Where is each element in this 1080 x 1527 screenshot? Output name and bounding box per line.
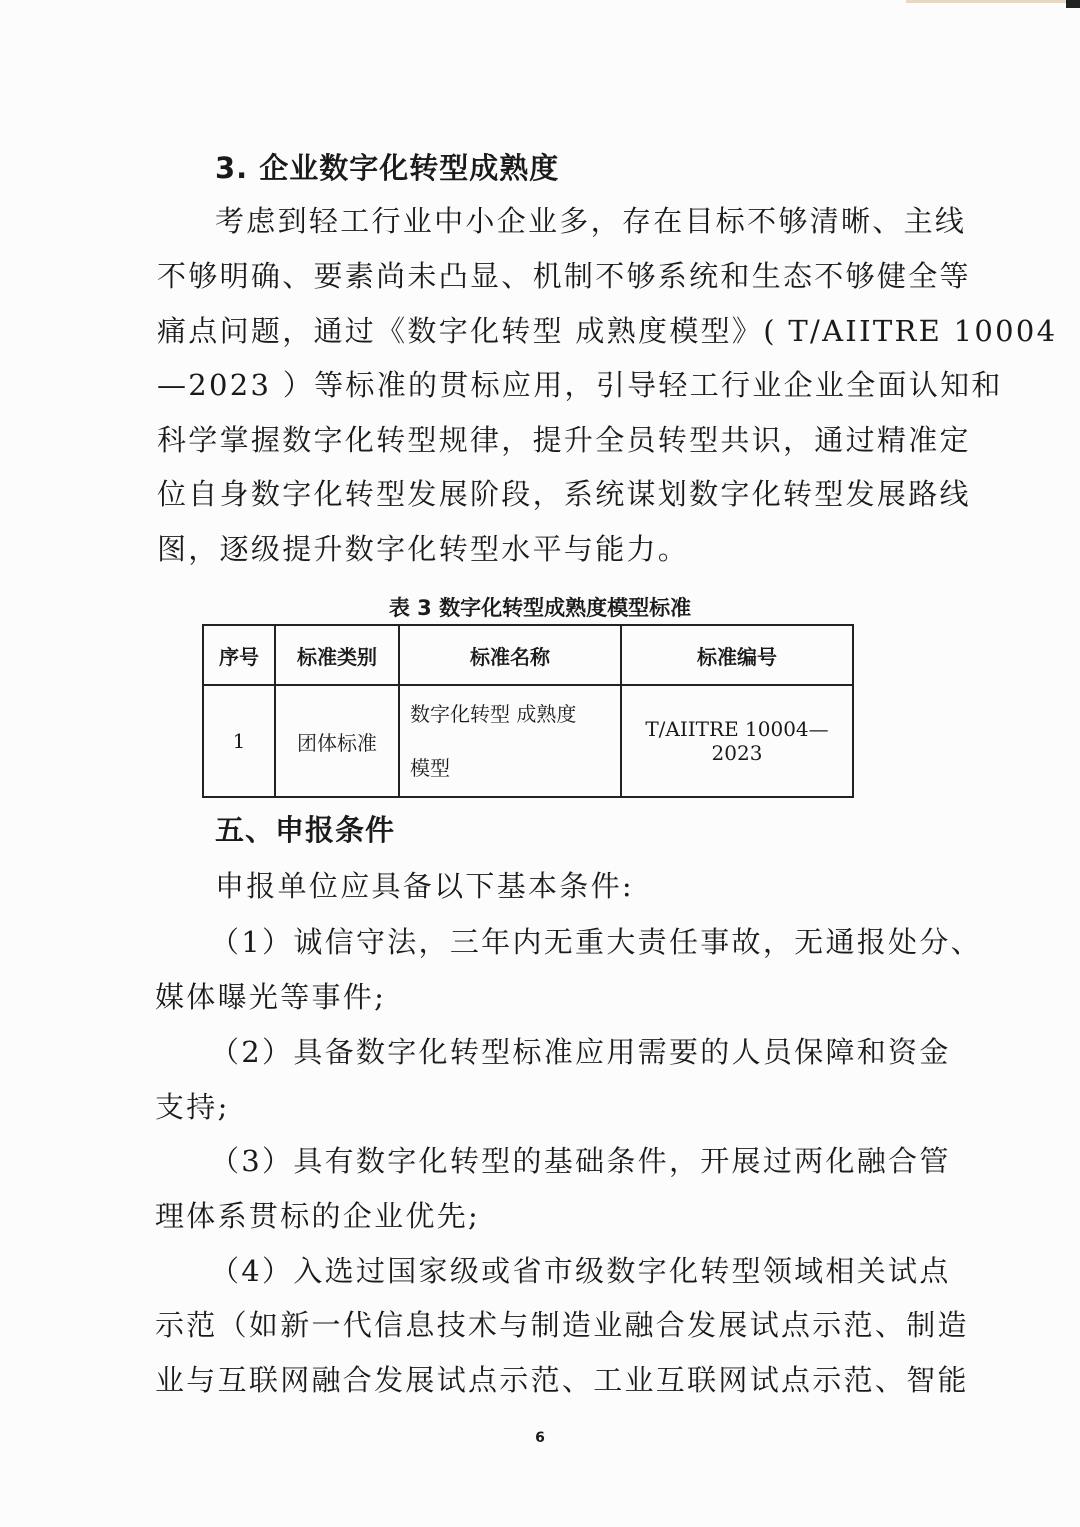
condition-line: （4）入选过国家级或省市级数字化转型领域相关试点 — [210, 1253, 951, 1289]
header-no: 序号 — [203, 625, 275, 685]
paragraph-line: 位自身数字化转型发展阶段，系统谋划数字化转型发展路线 — [157, 476, 971, 512]
table-row: 1 团体标准 数字化转型 成熟度 模型 T/AIITRE 10004—2023 — [203, 685, 853, 797]
paragraph-line: 不够明确、要素尚未凸显、机制不够系统和生态不够健全等 — [157, 258, 971, 294]
cell-name: 数字化转型 成熟度 模型 — [399, 685, 621, 797]
condition-line: 媒体曝光等事件; — [155, 979, 386, 1015]
section-5-heading: 五、申报条件 — [215, 812, 395, 848]
section-3-heading: 3. 企业数字化转型成熟度 — [215, 150, 559, 186]
page-number: 6 — [0, 1430, 1080, 1446]
paragraph-line: 科学掌握数字化转型规律，提升全员转型共识，通过精准定 — [157, 422, 971, 458]
scan-edge — [906, 0, 1066, 3]
cell-category: 团体标准 — [275, 685, 399, 797]
cell-name-line2: 模型 — [410, 741, 619, 795]
header-name: 标准名称 — [399, 625, 621, 685]
header-category: 标准类别 — [275, 625, 399, 685]
condition-line: （2）具备数字化转型标准应用需要的人员保障和资金 — [210, 1034, 951, 1070]
intro-line: 申报单位应具备以下基本条件: — [215, 868, 634, 904]
paragraph-line: —2023 ）等标准的贯标应用，引导轻工行业企业全面认知和 — [157, 367, 1003, 403]
paragraph-line: 考虑到轻工行业中小企业多，存在目标不够清晰、主线 — [215, 203, 966, 239]
condition-line: 示范（如新一代信息技术与制造业融合发展试点示范、制造 — [155, 1307, 969, 1343]
cell-no: 1 — [203, 685, 275, 797]
condition-line: 业与互联网融合发展试点示范、工业互联网试点示范、智能 — [155, 1362, 969, 1398]
paragraph-line: 图，逐级提升数字化转型水平与能力。 — [157, 531, 689, 567]
scan-corner — [1066, 0, 1080, 8]
condition-line: 理体系贯标的企业优先; — [155, 1198, 480, 1234]
document-page: 3. 企业数字化转型成熟度 考虑到轻工行业中小企业多，存在目标不够清晰、主线 不… — [0, 0, 1080, 1527]
condition-line: 支持; — [155, 1089, 230, 1125]
condition-line: （1）诚信守法，三年内无重大责任事故，无通报处分、 — [210, 924, 982, 960]
table-caption: 表 3 数字化转型成熟度模型标准 — [0, 592, 1080, 622]
table-header-row: 序号 标准类别 标准名称 标准编号 — [203, 625, 853, 685]
standards-table: 序号 标准类别 标准名称 标准编号 1 团体标准 数字化转型 成熟度 模型 T/… — [202, 624, 854, 798]
cell-name-line1: 数字化转型 成熟度 — [410, 687, 619, 741]
paragraph-line: 痛点问题，通过《数字化转型 成熟度模型》( T/AIITRE 10004 — [157, 313, 1057, 349]
header-code: 标准编号 — [621, 625, 853, 685]
condition-line: （3）具有数字化转型的基础条件，开展过两化融合管 — [210, 1143, 951, 1179]
cell-code: T/AIITRE 10004—2023 — [621, 685, 853, 797]
